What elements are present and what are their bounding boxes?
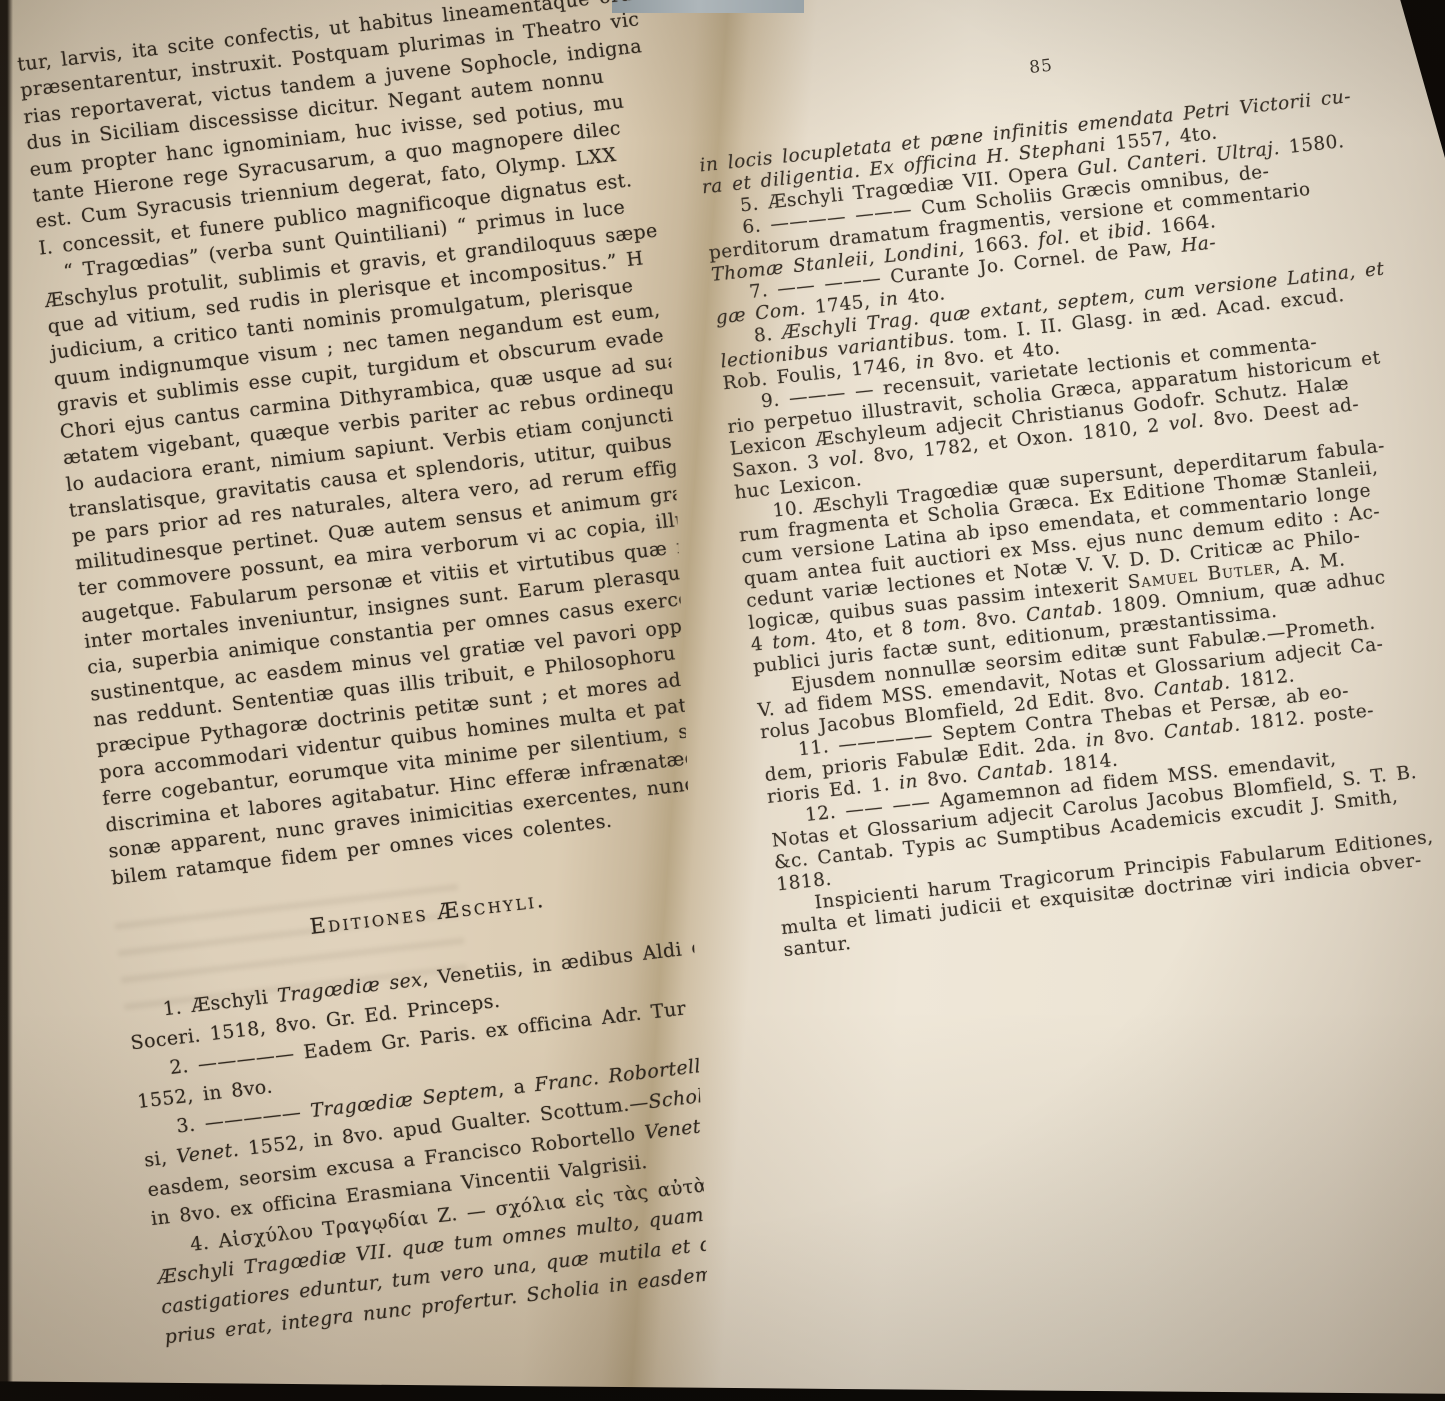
left-page: tur, larvis, ita scite confectis, ut hab… <box>0 0 712 1401</box>
right-page-text: 85 in locis locupletata et pæne infiniti… <box>692 10 1445 962</box>
book-photo: { "photo": { "paper_left_color": "#dccdb… <box>0 0 1445 1401</box>
left-editions-list: 1. Æschyli Tragœdiæ sex, Venetiis, in æd… <box>126 915 712 1353</box>
left-paragraph: tur, larvis, ita scite confectis, ut hab… <box>16 0 712 891</box>
right-editions-list: in locis locupletata et pæne infinitis e… <box>699 72 1445 962</box>
left-page-text: tur, larvis, ita scite confectis, ut hab… <box>16 0 712 1352</box>
right-page: 85 in locis locupletata et pæne infiniti… <box>640 0 1445 1401</box>
left-edge-shadow <box>0 0 13 1401</box>
